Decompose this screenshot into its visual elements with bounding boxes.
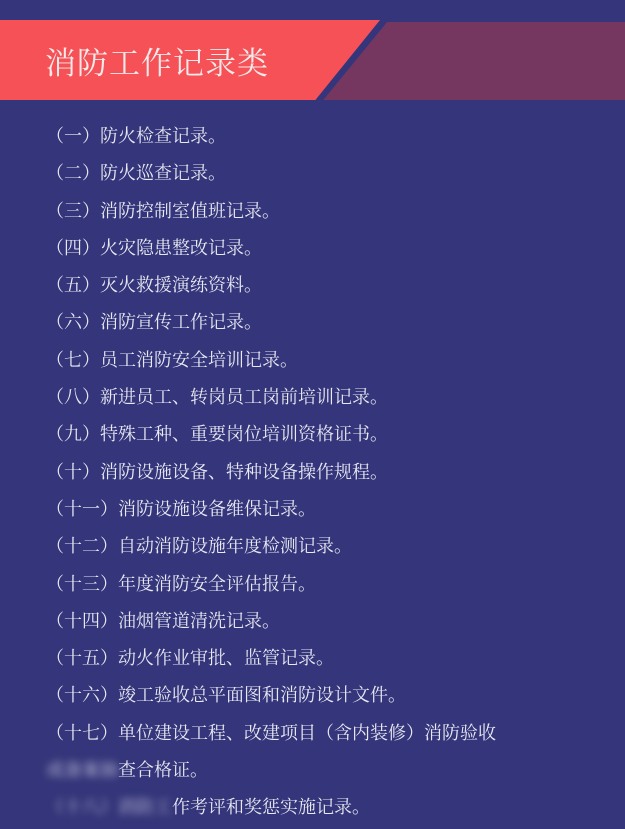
list-item: （九）特殊工种、重要岗位培训资格证书。 <box>46 416 496 453</box>
list-item: （六）消防宣传工作记录。 <box>46 304 496 341</box>
list-item: （十七）单位建设工程、改建项目（含内装修）消防验收 <box>46 715 496 752</box>
list-item: （十五）动火作业审批、监管记录。 <box>46 640 496 677</box>
list-item: （十六）竣工验收总平面图和消防设计文件。 <box>46 677 496 714</box>
list-item: （十一）消防设施设备维保记录。 <box>46 491 496 528</box>
list-item-continuation: 或备案抽查合格证。 <box>46 752 496 789</box>
record-list: （一）防火检查记录。 （二）防火巡查记录。 （三）消防控制室值班记录。 （四）火… <box>46 118 496 827</box>
list-item: （十三）年度消防安全评估报告。 <box>46 566 496 603</box>
list-item: （十八）消防工作考评和奖惩实施记录。 <box>46 789 496 826</box>
list-item: （十四）油烟管道清洗记录。 <box>46 603 496 640</box>
list-item: （五）灭火救援演练资料。 <box>46 267 496 304</box>
obscured-text: 消防工 <box>118 797 172 818</box>
page-title: 消防工作记录类 <box>45 38 269 83</box>
list-item: （十二）自动消防设施年度检测记录。 <box>46 528 496 565</box>
list-item: （四）火灾隐患整改记录。 <box>46 230 496 267</box>
list-item: （七）员工消防安全培训记录。 <box>46 342 496 379</box>
list-item: （一）防火检查记录。 <box>46 118 496 155</box>
obscured-text: 或备案抽 <box>46 760 118 781</box>
list-item: （二）防火巡查记录。 <box>46 155 496 192</box>
list-item: （三）消防控制室值班记录。 <box>46 193 496 230</box>
list-item: （八）新进员工、转岗员工岗前培训记录。 <box>46 379 496 416</box>
list-item: （十）消防设施设备、特种设备操作规程。 <box>46 454 496 491</box>
